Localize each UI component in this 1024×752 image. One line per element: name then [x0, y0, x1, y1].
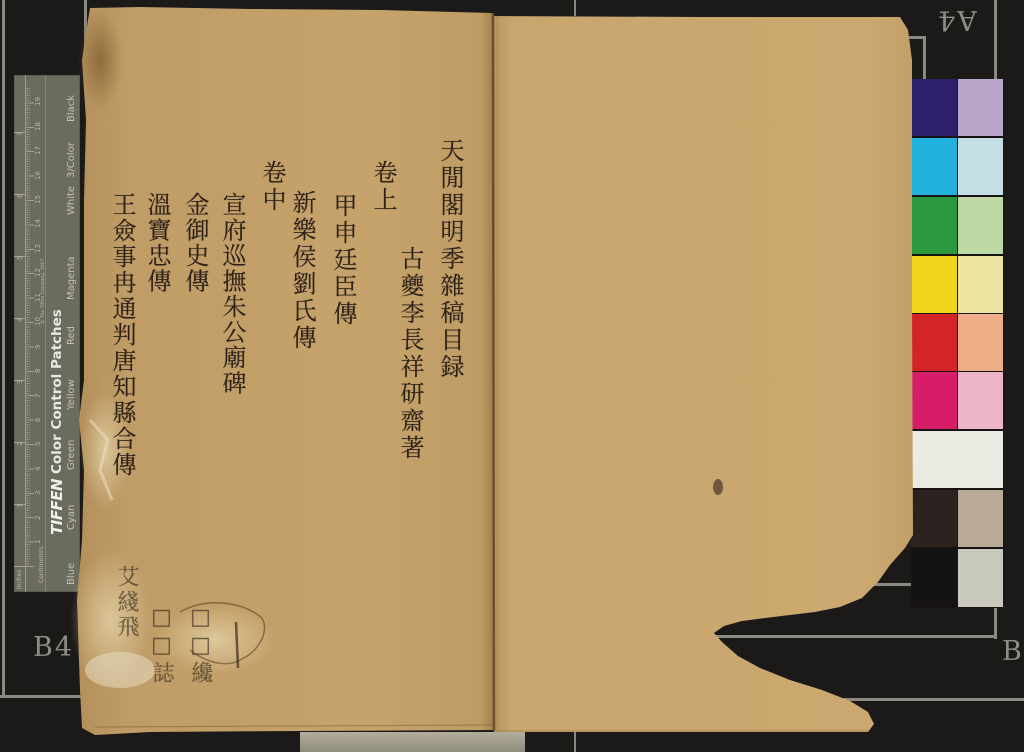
catalog-title: 天閒閣明季雜稿目録 — [436, 138, 464, 381]
damaged-fragment: □□纔 — [186, 605, 214, 686]
damaged-fragment: □□誌 — [147, 605, 175, 686]
right-page — [494, 16, 913, 732]
toc-entry: 新樂侯劉氏傳 — [288, 190, 316, 352]
section-heading-juan-shang: 卷上 — [369, 160, 397, 214]
toc-entry: 王僉事冉通判唐知縣合傳 — [108, 192, 136, 478]
toc-entry: 宣府巡撫朱公廟碑 — [218, 192, 246, 396]
section-heading-juan-zhong: 卷中 — [258, 160, 286, 214]
damaged-fragment: 艾綫飛 — [112, 565, 140, 640]
toc-entry: 溫寶忠傳 — [143, 192, 171, 294]
toc-entry: 金御史傳 — [181, 192, 209, 294]
ink-spot — [713, 479, 723, 495]
book-spine — [493, 13, 494, 731]
author-line: 古夔李長祥研齋著 — [396, 246, 424, 462]
toc-entry: 甲申廷臣傳 — [329, 193, 357, 328]
